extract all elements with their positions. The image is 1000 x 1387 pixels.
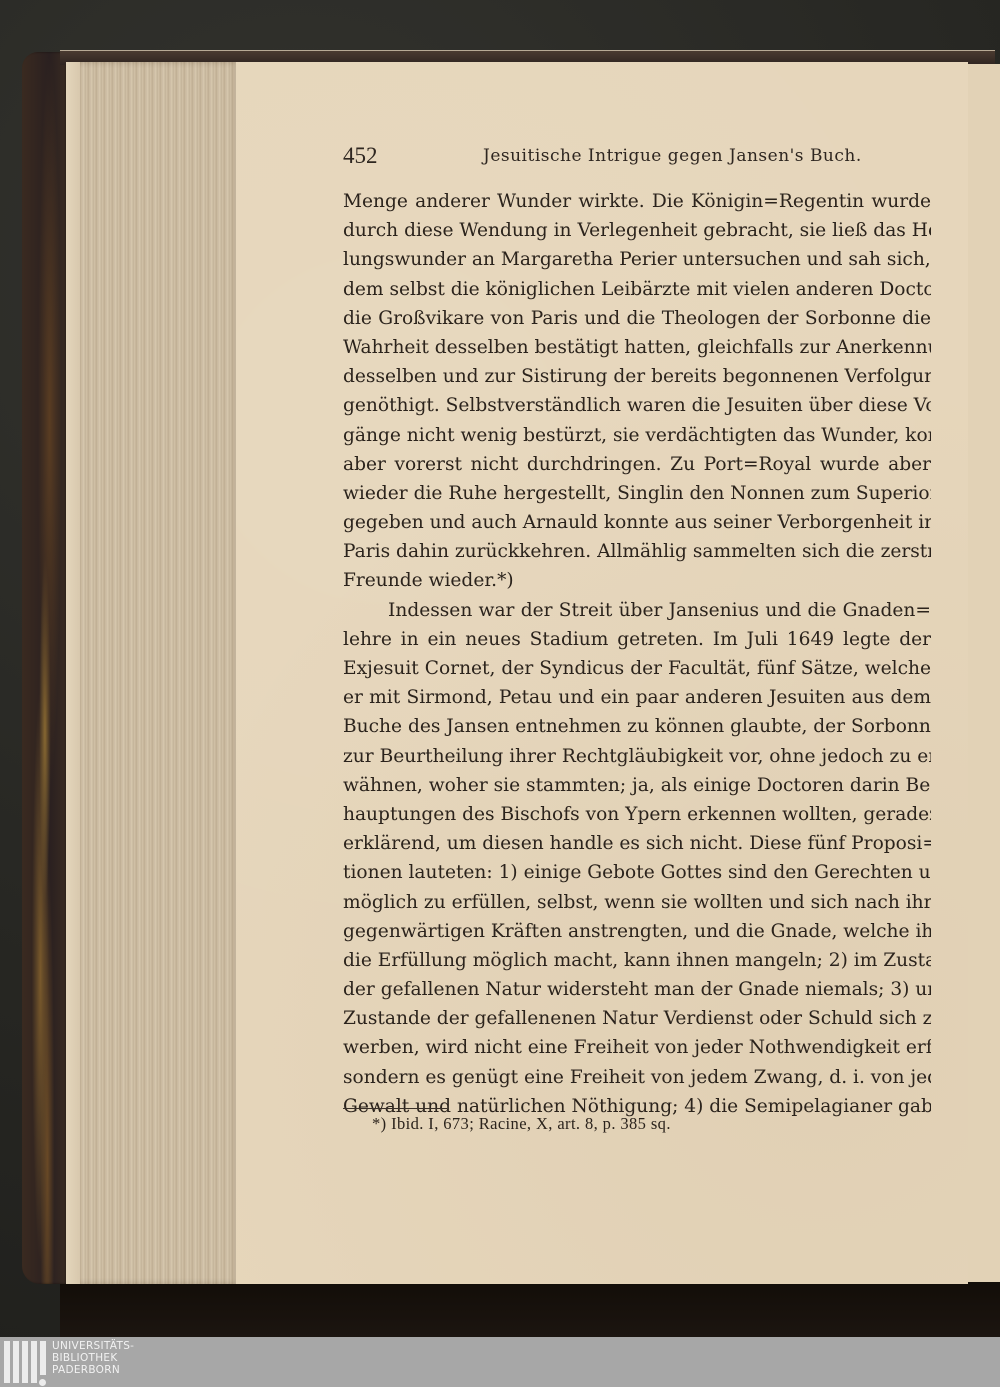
- library-footer-bar: UNIVERSITÄTS- BIBLIOTHEK PADERBORN: [0, 1337, 1000, 1387]
- text-line: Exjesuit Cornet, der Syndicus der Facult…: [343, 654, 931, 683]
- text-line: desselben und zur Sistirung der bereits …: [343, 362, 931, 391]
- text-line: Menge anderer Wunder wirkte. Die Königin…: [343, 187, 931, 216]
- text-line: genöthigt. Selbstverständlich waren die …: [343, 391, 931, 420]
- running-title: Jesuitische Intrigue gegen Jansen's Buch…: [483, 146, 862, 166]
- text-line: gegeben und auch Arnauld konnte aus sein…: [343, 508, 931, 537]
- book-shadow: [60, 1278, 1000, 1338]
- text-line: die Erfüllung möglich macht, kann ihnen …: [343, 946, 931, 975]
- text-line: hauptungen des Bischofs von Ypern erkenn…: [343, 800, 931, 829]
- page-header: 452 Jesuitische Intrigue gegen Jansen's …: [343, 143, 943, 173]
- library-logo-icon: [4, 1341, 46, 1385]
- text-line: dem selbst die königlichen Leibärzte mit…: [343, 275, 931, 304]
- footnote-rule: [343, 1108, 447, 1109]
- facing-page-edge: [966, 64, 1000, 1282]
- text-line: Zustande der gefallenenen Natur Verdiens…: [343, 1004, 931, 1033]
- text-line: wieder die Ruhe hergestellt, Singlin den…: [343, 479, 931, 508]
- page-edges: [66, 62, 236, 1284]
- text-line: er mit Sirmond, Petau und ein paar ander…: [343, 683, 931, 712]
- text-line: erklärend, um diesen handle es sich nich…: [343, 829, 931, 858]
- paragraph-start-line: Indessen war der Streit über Jansenius u…: [343, 596, 931, 625]
- text-line: wähnen, woher sie stammten; ja, als eini…: [343, 771, 931, 800]
- text-line: tionen lauteten: 1) einige Gebote Gottes…: [343, 858, 931, 887]
- text-line: Buche des Jansen entnehmen zu können gla…: [343, 712, 931, 741]
- text-line: werben, wird nicht eine Freiheit von jed…: [343, 1033, 931, 1062]
- library-name-line-2: BIBLIOTHEK: [52, 1352, 134, 1364]
- text-line: Paris dahin zurückkehren. Allmählig samm…: [343, 537, 931, 566]
- text-line: die Großvikare von Paris und die Theolog…: [343, 304, 931, 333]
- footnote: *) Ibid. I, 673; Racine, X, art. 8, p. 3…: [372, 1114, 671, 1134]
- text-line: lehre in ein neues Stadium getreten. Im …: [343, 625, 931, 654]
- text-line: gegenwärtigen Kräften anstrengten, und d…: [343, 917, 931, 946]
- text-line: zur Beurtheilung ihrer Rechtgläubigkeit …: [343, 742, 931, 771]
- page-number: 452: [343, 143, 378, 169]
- text-line: sondern es genügt eine Freiheit von jede…: [343, 1063, 931, 1092]
- text-line: aber vorerst nicht durchdringen. Zu Port…: [343, 450, 931, 479]
- text-line: lungswunder an Margaretha Perier untersu…: [343, 245, 931, 274]
- body-text: Menge anderer Wunder wirkte. Die Königin…: [343, 187, 931, 1121]
- library-name-line-3: PADERBORN: [52, 1364, 134, 1376]
- text-line: möglich zu erfüllen, selbst, wenn sie wo…: [343, 888, 931, 917]
- text-line: gänge nicht wenig bestürzt, sie verdächt…: [343, 421, 931, 450]
- text-line: Wahrheit desselben bestätigt hatten, gle…: [343, 333, 931, 362]
- text-line: der gefallenen Natur widersteht man der …: [343, 975, 931, 1004]
- library-name: UNIVERSITÄTS- BIBLIOTHEK PADERBORN: [52, 1340, 134, 1376]
- library-name-line-1: UNIVERSITÄTS-: [52, 1340, 134, 1352]
- text-line: durch diese Wendung in Verlegenheit gebr…: [343, 216, 931, 245]
- book-cover-left: [22, 52, 68, 1284]
- text-line: Freunde wieder.*): [343, 566, 931, 595]
